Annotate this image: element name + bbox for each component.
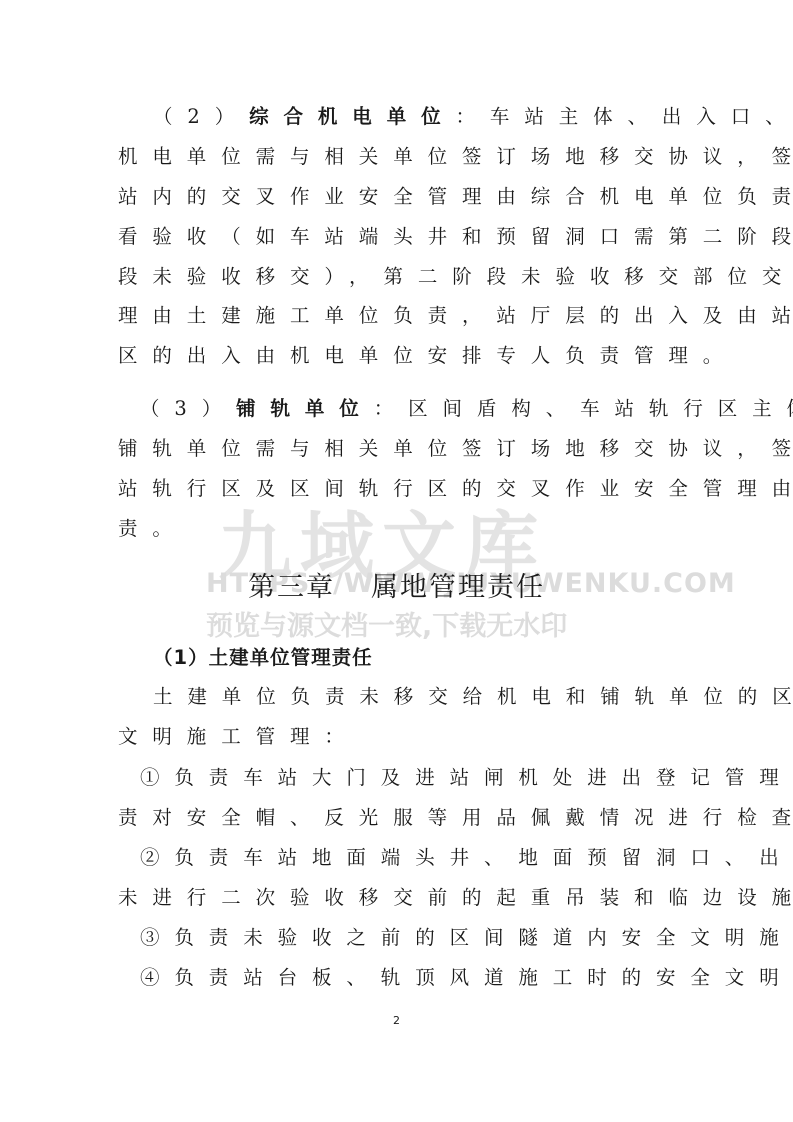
section3-text: 区间盾构、车站轨行区主体结构验收后， [408, 397, 793, 420]
paragraph-line: 区的出入由机电单位安排专人负责管理。 [118, 343, 678, 369]
chapter-number: 第三章 [248, 572, 335, 603]
list-item-2-line-2: 未进行二次验收移交前的起重吊装和临边设施维护及管理； [118, 885, 678, 911]
page-number: 2 [0, 1014, 793, 1027]
paragraph-line: 铺轨单位需与相关单位签订场地移交协议，签订完成后，车 [118, 436, 678, 462]
section2-text: 车站主体、出入口、风井验收后， [490, 105, 793, 128]
subsection1-title: （1）土建单位管理责任 [153, 645, 373, 671]
paragraph-line: 段未验收移交），第二阶段未验收移交部位交叉作业安全管 [118, 264, 678, 290]
chapter-heading: 第三章属地管理责任 [0, 565, 793, 604]
section3-prefix: （3） [140, 397, 236, 420]
list-item-2-line-1: ②负责车站地面端头井、地面预留洞口、出入口未封闭前、 [140, 845, 700, 871]
section2-colon: ： [456, 105, 490, 128]
section3-colon: ： [374, 397, 408, 420]
paragraph-line: 文明施工管理： [118, 724, 678, 750]
list-item-4: ④负责站台板、轨顶风道施工时的安全文明施工管理； [140, 965, 700, 991]
paragraph-line: 机电单位需与相关单位签订场地移交协议，签订完成后，车 [118, 144, 678, 170]
section2-title: 综合机电单位 [249, 105, 455, 128]
list-item-1-line-1: ①负责车站大门及进站闸机处进出登记管理，登记人员负 [140, 765, 700, 791]
chapter-title: 属地管理责任 [371, 572, 545, 603]
paragraph-line: 看验收（如车站端头井和预留洞口需第二阶段验收，第一阶 [118, 224, 678, 250]
list-item-1-line-2: 责对安全帽、反光服等用品佩戴情况进行检查； [118, 805, 678, 831]
document-page: 九域文库 HTTPS://WWW.JIUYUWENKU.COM 预览与源文档一致… [0, 0, 793, 1122]
watermark-note: 预览与源文档一致,下载无水印 [206, 604, 567, 643]
list-item-3: ③负责未验收之前的区间隧道内安全文明施工管理； [140, 925, 700, 951]
paragraph-line: 站轨行区及区间轨行区的交叉作业安全管理由铺轨单位负 [118, 476, 678, 502]
paragraph-line: 土建单位负责未移交给机电和铺轨单位的区域的安全 [153, 684, 713, 710]
paragraph-line: 理由土建施工单位负责，站厅层的出入及由站台层进入轨行 [118, 303, 678, 329]
section2-prefix: （2） [153, 105, 249, 128]
section3-heading-line: （3）铺轨单位：区间盾构、车站轨行区主体结构验收后， [140, 396, 700, 422]
paragraph-line: 责。 [118, 516, 678, 542]
section2-heading-line: （2）综合机电单位：车站主体、出入口、风井验收后， [153, 104, 713, 130]
paragraph-line: 站内的交叉作业安全管理由综合机电单位负责。如分阶段察 [118, 184, 678, 210]
section3-title: 铺轨单位 [236, 397, 374, 420]
